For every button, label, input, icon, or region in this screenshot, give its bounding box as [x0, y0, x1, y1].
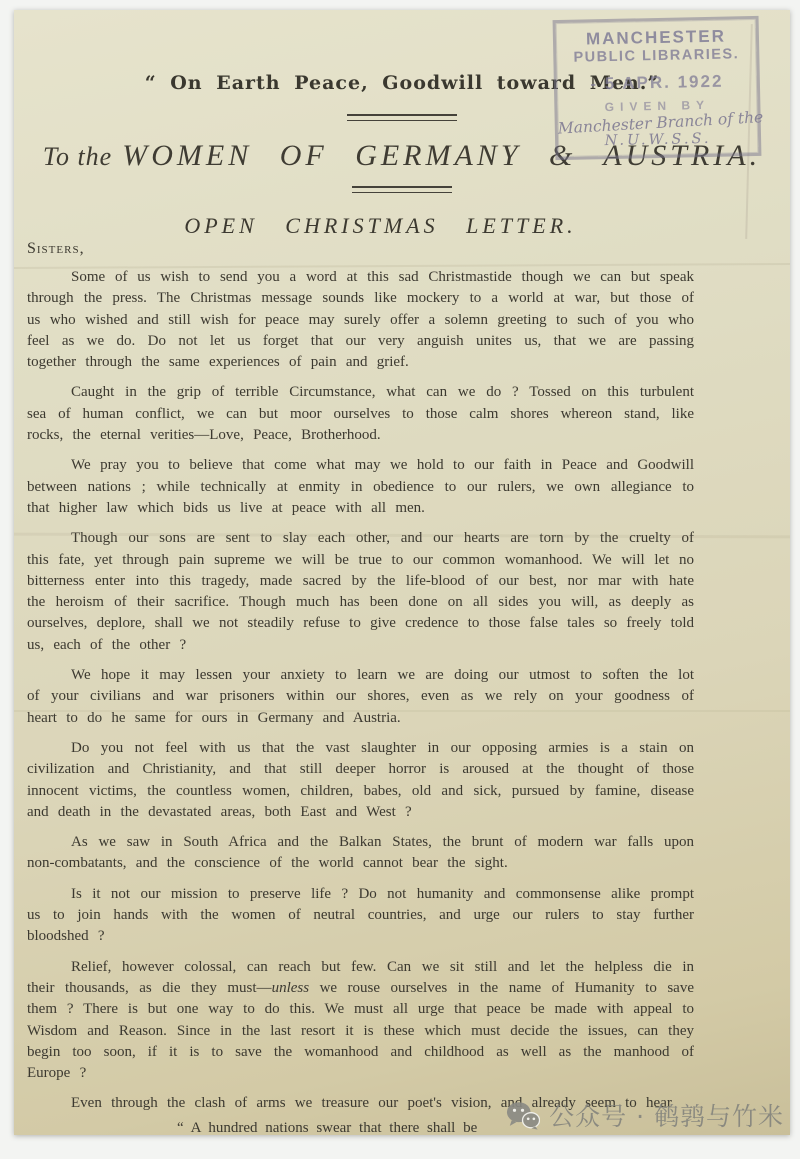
- stamp-library-name-2: PUBLIC LIBRARIES.: [556, 46, 756, 66]
- letter-paragraph: Some of us wish to send you a word at th…: [27, 267, 694, 373]
- letter-heading: OPEN CHRISTMAS LETTER.: [67, 213, 694, 239]
- page-title-prefix: To the: [43, 142, 122, 171]
- divider-rule: [347, 114, 457, 121]
- letter-paragraph: We pray you to believe that come what ma…: [27, 455, 694, 519]
- letter-paragraph: Is it not our mission to preserve life ?…: [27, 884, 694, 948]
- scanned-letter-page: MANCHESTER PUBLIC LIBRARIES. - 5 APR. 19…: [14, 10, 790, 1135]
- salutation: Sisters,: [27, 240, 694, 258]
- emphasized-word: unless: [272, 980, 310, 996]
- library-stamp: MANCHESTER PUBLIC LIBRARIES. - 5 APR. 19…: [553, 16, 762, 160]
- wechat-icon: [506, 1101, 540, 1130]
- letter-paragraph: We hope it may lessen your anxiety to le…: [27, 665, 694, 729]
- stamp-date: - 5 APR. 1922: [557, 71, 757, 95]
- divider-rule: [352, 186, 452, 193]
- watermark-label: 公众号 · 鹌鹑与竹米: [549, 1097, 784, 1133]
- letter-paragraph: Do you not feel with us that the vast sl…: [27, 738, 694, 823]
- wechat-watermark: 公众号 · 鹌鹑与竹米: [506, 1097, 784, 1133]
- letter-paragraph: Caught in the grip of terrible Circumsta…: [27, 382, 694, 446]
- letter-paragraph: As we saw in South Africa and the Balkan…: [27, 832, 694, 875]
- letter-paragraph: Relief, however colossal, can reach but …: [27, 957, 694, 1085]
- letter-body: OPEN CHRISTMAS LETTER. Sisters, Some of …: [14, 213, 790, 1135]
- letter-paragraph: Though our sons are sent to slay each ot…: [27, 528, 694, 656]
